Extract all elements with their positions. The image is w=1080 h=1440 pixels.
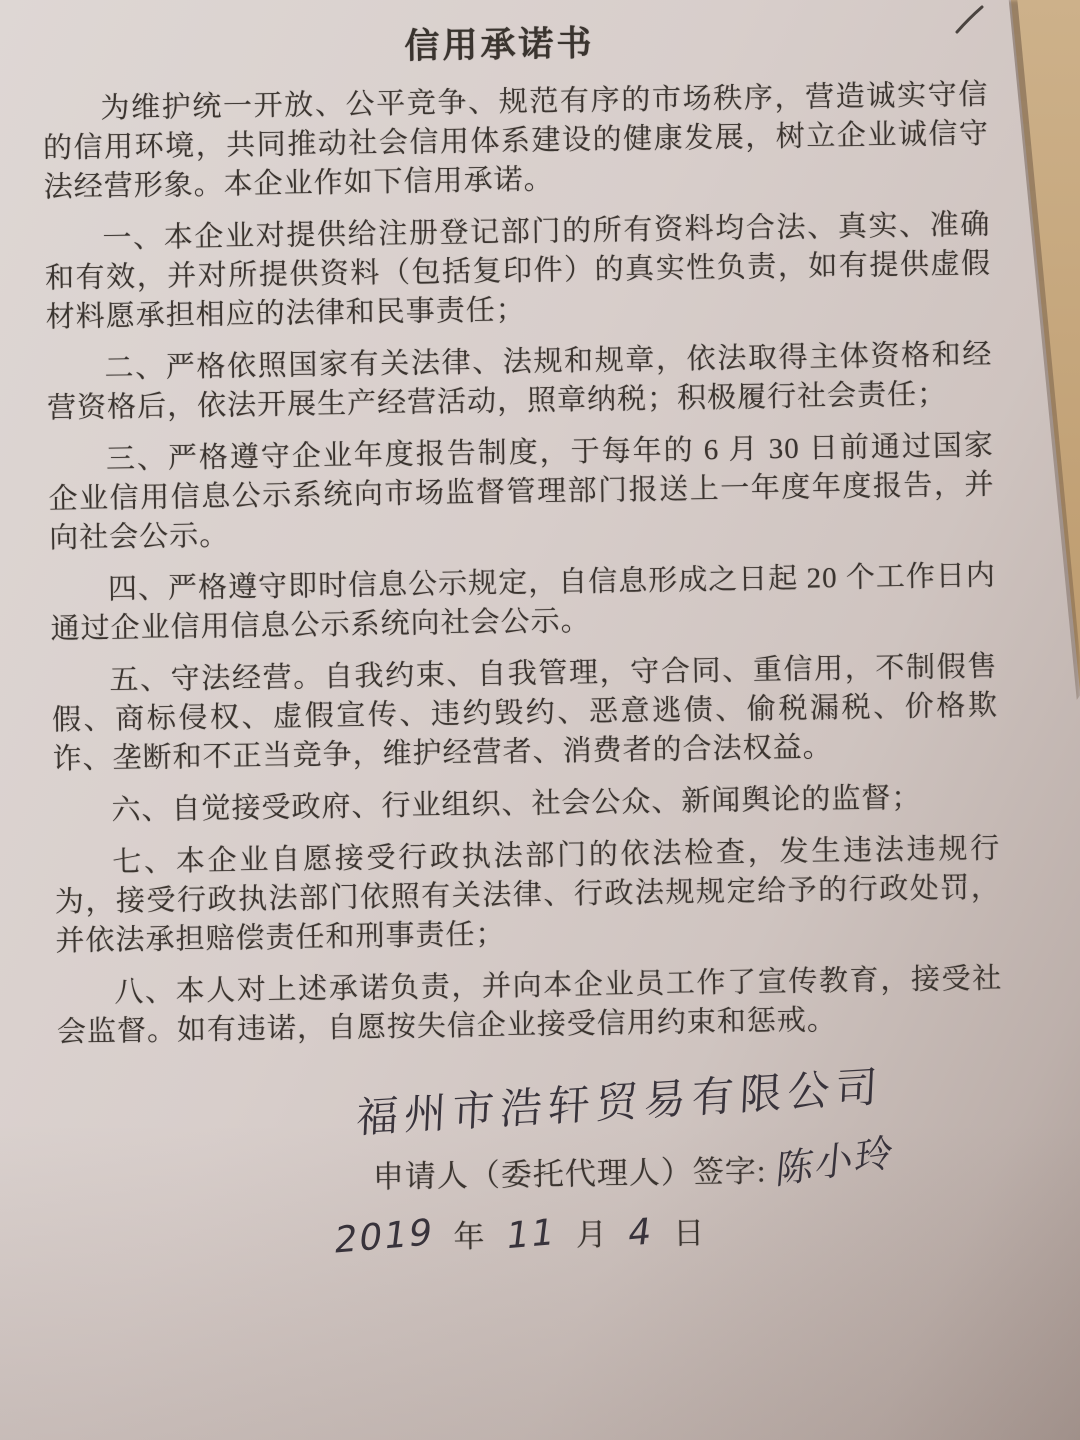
date-year-handwritten: 2019 [322,1211,446,1263]
date-month-label: 月 [576,1217,610,1253]
date-day-label: 日 [673,1215,707,1251]
company-name-handwritten: 福州市浩轩贸易有限公司 [355,1054,885,1146]
clause-paragraph-8: 八、本人对上述承诺负责，并向本企业员工作了宣传教育，接受社会监督。如有违诺，自愿… [56,960,1003,1053]
clause-paragraph-3: 三、严格遵守企业年度报告制度，于每年的 6 月 30 日前通过国家企业信用信息公… [48,427,996,559]
document-title: 信用承诺书 [41,10,958,74]
date-day-handwritten: 4 [616,1210,666,1255]
document-body: 信用承诺书 为维护统一开放、公平竞争、规范有序的市场秩序，营造诚实守信的信用环境… [0,0,1080,1263]
date-year-label: 年 [453,1219,487,1255]
clause-paragraph-6: 六、自觉接受政府、行业组织、社会公众、新闻舆论的监督； [53,778,999,832]
clause-paragraph-7: 七、本企业自愿接受行政执法部门的依法检查，发生违法违规行为，接受行政执法部门依照… [54,830,1002,962]
applicant-signature-handwritten: 陈小玲 [774,1120,898,1195]
clause-paragraph-5: 五、守法经营。自我约束、自我管理，守合同、重信用，不制假售假、商标侵权、虚假宣传… [51,648,999,780]
clause-paragraph-1: 一、本企业对提供给注册登记部门的所有资料均合法、真实、准确和有效，并对所提供资料… [44,206,992,338]
intro-paragraph: 为维护统一开放、公平竞争、规范有序的市场秩序，营造诚实守信的信用环境，共同推动社… [42,76,990,208]
signer-label: 申请人（委托代理人）签字: [373,1153,767,1194]
date-month-handwritten: 11 [494,1211,569,1259]
clause-paragraph-4: 四、严格遵守即时信息公示规定，自信息形成之日起 20 个工作日内通过企业信用信息… [50,557,997,650]
clause-paragraph-2: 二、严格依照国家有关法律、法规和规章，依法取得主体资格和经营资格后，依法开展生产… [46,336,993,429]
signature-block: 福州市浩轩贸易有限公司 申请人（委托代理人）签字: 陈小玲 2019 年 11 … [58,1064,1007,1263]
signer-line: 申请人（委托代理人）签字: 陈小玲 [59,1134,1006,1204]
